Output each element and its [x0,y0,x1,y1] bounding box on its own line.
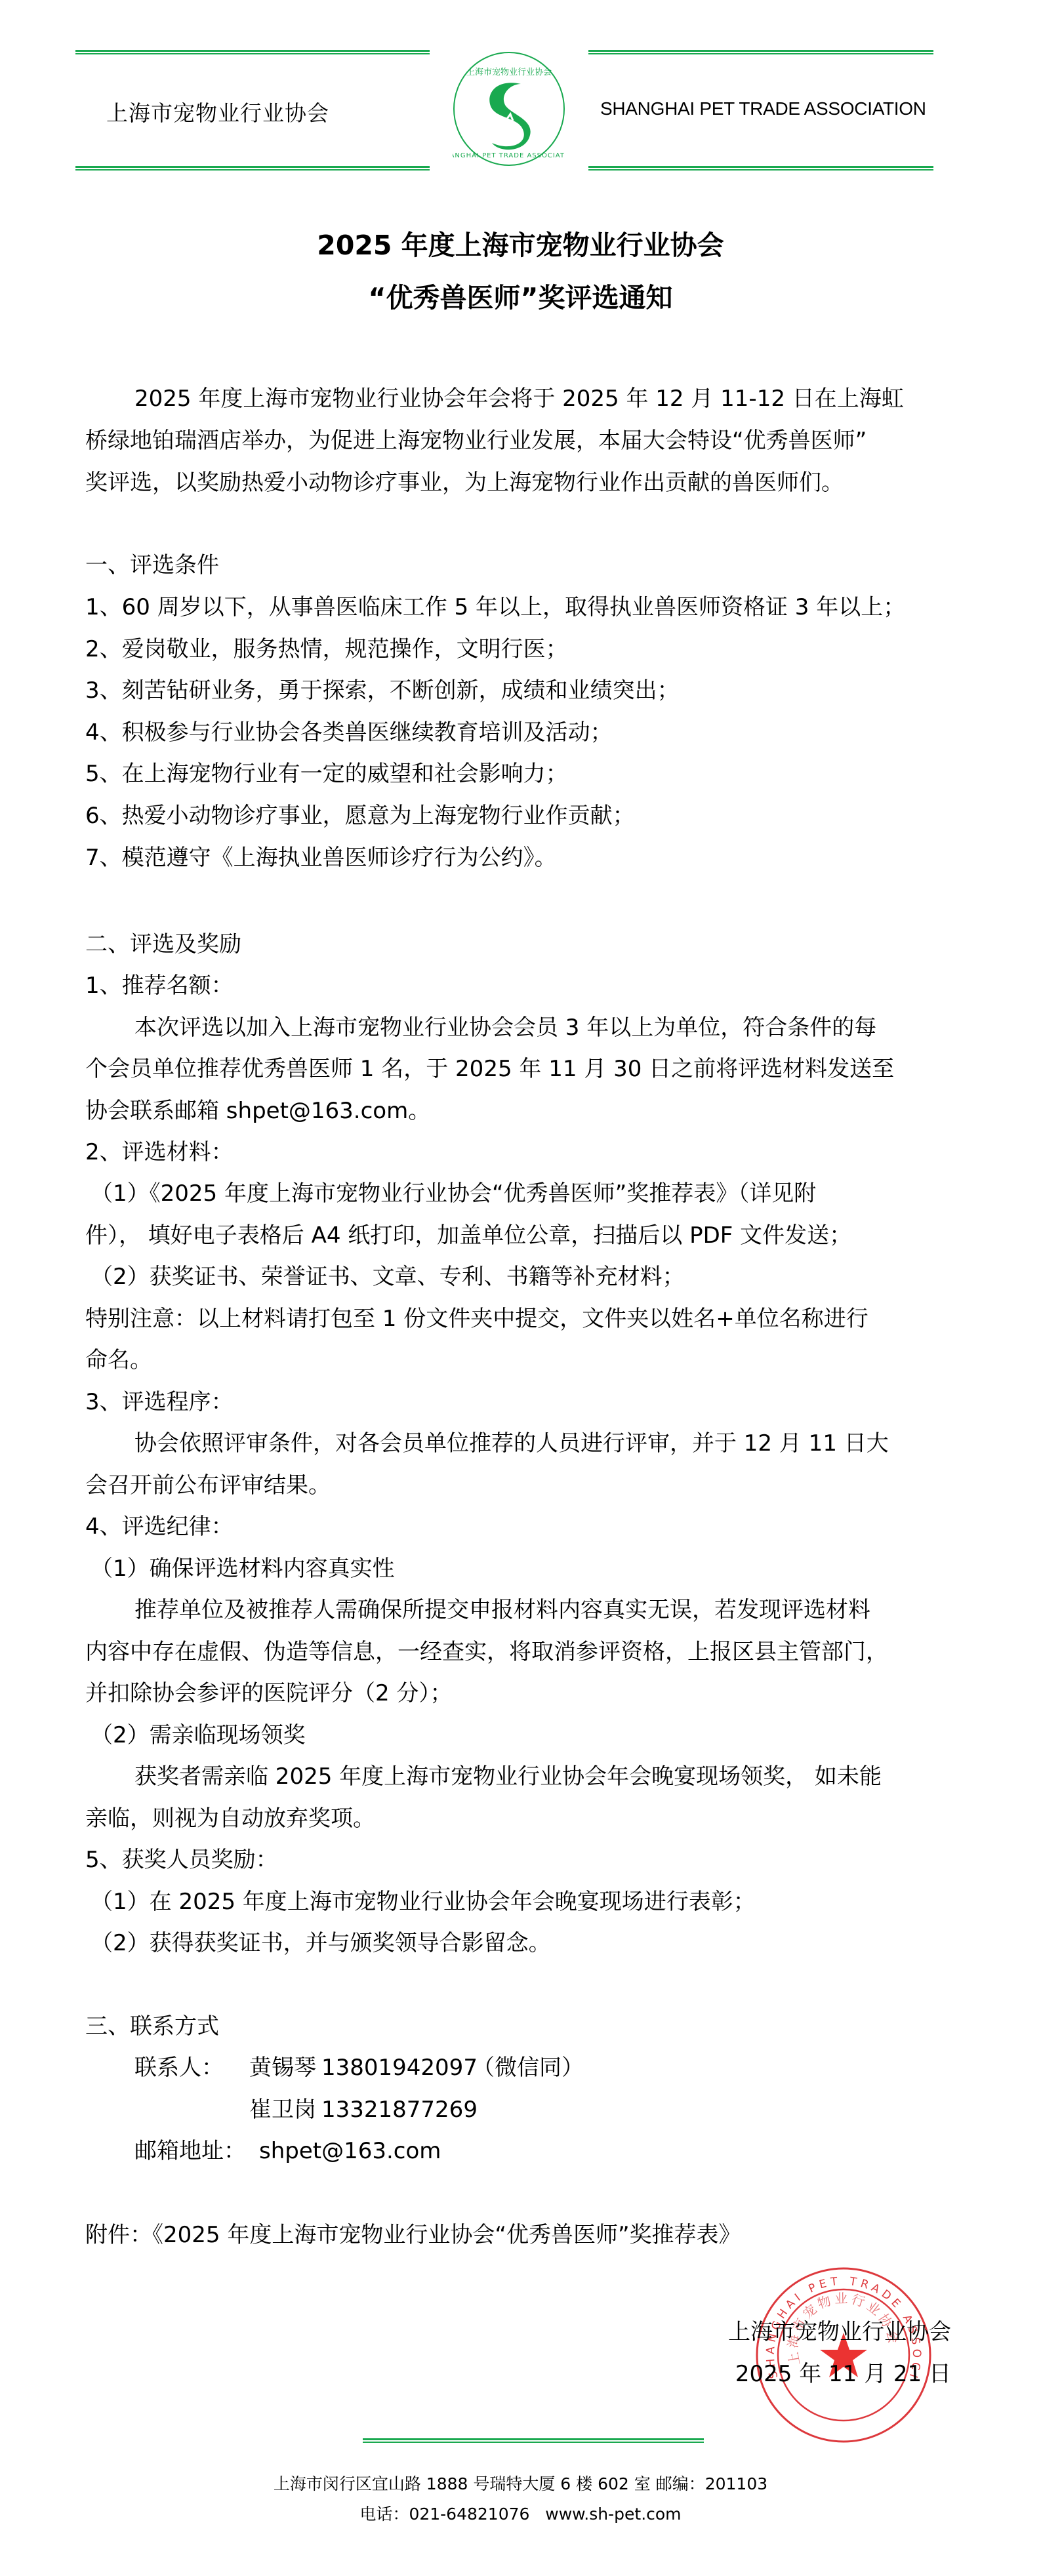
discipline-sub2-line: 获奖者需亲临 2025 年度上海市宠物业行业协会年会晚宴现场领奖， 如未能 [134,1763,882,1790]
discipline-sub1-line: 并扣除协会参评的医院评分（2 分）； [85,1680,452,1706]
official-seal-icon: SHANGHAI PET TRADE ASSOCIATION 上海市宠物业行业协… [754,2266,933,2444]
section3-heading: 三、联系方式 [85,2013,219,2040]
header-rule-top-left [75,50,430,56]
criteria-item: 3、刻苦钻研业务，勇于探索，不断创新，成绩和业绩突出； [85,677,680,704]
discipline-sub2-line: 亲临，则视为自动放弃奖项。 [85,1805,375,1832]
quota-line: 本次评选以加入上海市宠物业行业协会会员 3 年以上为单位，符合条件的每 [134,1015,876,1041]
materials-item: （2）获奖证书、荣誉证书、文章、专利、书籍等补充材料； [91,1264,685,1290]
signature-org: 上海市宠物业行业协会 [728,2319,951,2345]
contact-phone: 13801942097 [321,2055,478,2081]
email-label: 邮箱地址： [134,2138,246,2164]
criteria-item: 1、60 周岁以下，从事兽医临床工作 5 年以上，取得执业兽医师资格证 3 年以… [85,594,905,620]
rewards-item: （2）获得获奖证书，并与颁奖领导合影留念。 [91,1930,551,1956]
procedure-line: 会召开前公布评审结果。 [85,1472,331,1499]
procedure-heading: 3、评选程序： [85,1389,234,1415]
quota-line: 协会联系邮箱 shpet@163.com。 [85,1098,430,1124]
criteria-item: 5、在上海宠物行业有一定的威望和社会影响力； [85,761,568,787]
intro-line: 奖评选，以奖励热爱小动物诊疗事业，为上海宠物行业作出贡献的兽医师们。 [85,470,844,496]
materials-note: 命名。 [85,1347,152,1373]
footer-rule [363,2438,704,2444]
section1-heading: 一、评选条件 [85,552,219,578]
discipline-sub1-line: 内容中存在虚假、伪造等信息，一经查实，将取消参评资格，上报区县主管部门， [85,1639,888,1665]
header-rule-bottom-left [75,166,430,172]
header-rule-top-right [588,50,933,56]
document-title-line1: 2025 年度上海市宠物业行业协会 [0,229,1041,262]
criteria-item: 7、模范遵守《上海执业兽医师诊疗行为公约》。 [85,845,557,871]
materials-heading: 2、评选材料： [85,1139,234,1165]
header-org-name-cn: 上海市宠物业行业协会 [106,96,329,127]
signature-date: 2025 年 11 月 21 日 [735,2361,951,2387]
svg-text:SHANGHAI PET TRADE ASSOCIATION: SHANGHAI PET TRADE ASSOCIATION [453,152,565,159]
attachment-line: 附件：《2025 年度上海市宠物业行业协会“优秀兽医师”奖推荐表》 [85,2222,741,2248]
svg-text:上海市宠物业行业协会: 上海市宠物业行业协会 [466,67,552,77]
criteria-item: 6、热爱小动物诊疗事业，愿意为上海宠物行业作贡献； [85,803,635,829]
quota-heading: 1、推荐名额： [85,973,234,999]
materials-item: 件）， 填好电子表格后 A4 纸打印，加盖单位公章，扫描后以 PDF 文件发送； [85,1222,851,1249]
document-title-line2: “优秀兽医师”奖评选通知 [0,281,1041,314]
rewards-item: （1）在 2025 年度上海市宠物业行业协会年会晚宴现场进行表彰； [91,1889,756,1915]
footer-address: 上海市闵行区宜山路 1888 号瑞特大厦 6 楼 602 室 邮编：201103 [0,2474,1041,2494]
materials-item: （1）《2025 年度上海市宠物业行业协会“优秀兽医师”奖推荐表》（详见附 [91,1180,816,1207]
footer-contact: 电话：021-64821076 www.sh-pet.com [0,2505,1041,2524]
contact-note: （微信同） [472,2055,584,2081]
header-rule-bottom-right [588,166,933,172]
quota-line: 个会员单位推荐优秀兽医师 1 名，于 2025 年 11 月 30 日之前将评选… [85,1056,894,1082]
association-logo-icon: 上海市宠物业行业协会 SHANGHAI PET TRADE ASSOCIATIO… [453,51,565,167]
contact-name: 黄锡琴 [249,2055,316,2081]
contact-label: 联系人： [134,2055,224,2081]
contact-phone: 13321877269 [321,2097,478,2123]
criteria-item: 4、积极参与行业协会各类兽医继续教育培训及活动； [85,719,613,746]
discipline-sub2-heading: （2）需亲临现场领奖 [91,1722,306,1748]
intro-line: 桥绿地铂瑞酒店举办，为促进上海宠物业行业发展，本届大会特设“优秀兽医师” [85,428,867,454]
header-org-name-en: SHANGHAI PET TRADE ASSOCIATION [600,98,926,119]
discipline-sub1-line: 推荐单位及被推荐人需确保所提交申报材料内容真实无误，若发现评选材料 [134,1597,870,1623]
materials-note: 特别注意：以上材料请打包至 1 份文件夹中提交，文件夹以姓名+单位名称进行 [85,1306,868,1332]
criteria-item: 2、爱岗敬业，服务热情，规范操作，文明行医； [85,636,568,662]
discipline-sub1-heading: （1）确保评选材料内容真实性 [91,1556,395,1582]
procedure-line: 协会依照评审条件，对各会员单位推荐的人员进行评审，并于 12 月 11 日大 [134,1430,889,1457]
discipline-heading: 4、评选纪律： [85,1514,234,1540]
intro-line: 2025 年度上海市宠物业行业协会年会将于 2025 年 12 月 11-12 … [134,386,904,412]
section2-heading: 二、评选及奖励 [85,931,241,957]
rewards-heading: 5、获奖人员奖励： [85,1847,278,1873]
contact-name: 崔卫岗 [249,2097,316,2123]
email-link[interactable]: shpet@163.com [259,2138,441,2164]
